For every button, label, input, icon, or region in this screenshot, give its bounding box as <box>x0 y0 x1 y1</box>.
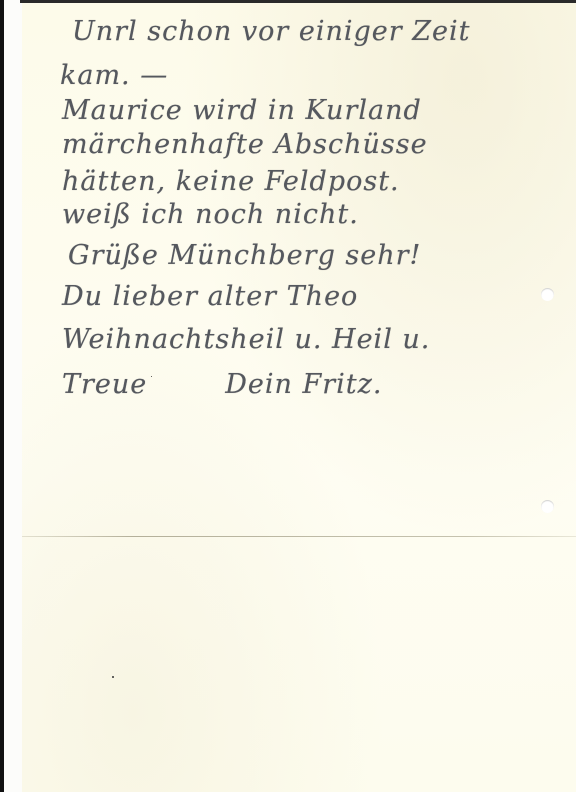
ink-speck <box>151 376 152 377</box>
signature: Dein Fritz. <box>225 369 382 400</box>
handwritten-line: weiß ich noch nicht. <box>62 199 359 230</box>
closing-line: TreueDein Fritz. <box>62 369 382 400</box>
handwritten-line: Du lieber alter Theo <box>62 281 358 312</box>
ink-speck <box>112 676 114 678</box>
handwritten-line: Weihnachtsheil u. Heil u. <box>62 324 430 355</box>
handwritten-line: Grüße Münchberg sehr! <box>68 240 421 271</box>
closing-word: Treue <box>62 369 147 400</box>
handwritten-line: kam. — <box>60 60 168 91</box>
handwritten-line: Unrl schon vor einiger Zeit <box>72 16 470 47</box>
scanned-letter: Unrl schon vor einiger Zeit kam. — Mauri… <box>0 0 576 792</box>
fold-crease <box>22 536 576 537</box>
scanner-bed <box>4 0 22 792</box>
handwritten-line: Maurice wird in Kurland <box>62 95 422 126</box>
punch-hole-icon <box>541 500 554 513</box>
handwritten-line: märchenhafte Abschüsse <box>62 129 428 160</box>
handwritten-line: hätten, keine Feldpost. <box>62 166 400 197</box>
punch-hole-icon <box>541 288 554 301</box>
